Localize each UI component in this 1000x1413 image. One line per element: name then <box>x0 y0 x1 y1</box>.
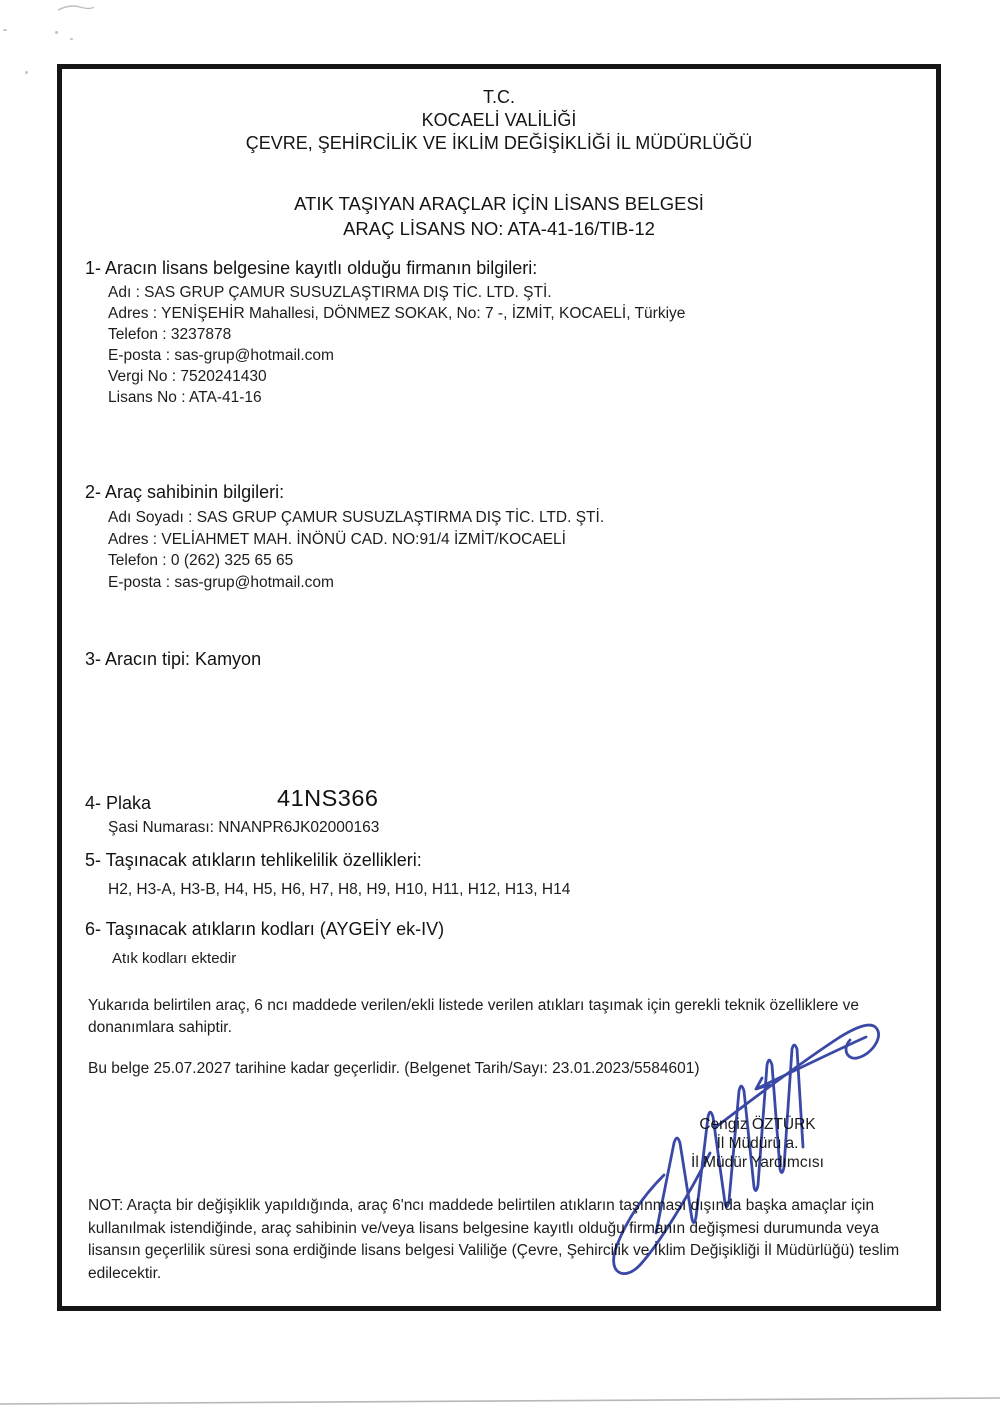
plate-label: 4- Plaka <box>85 793 151 813</box>
scan-smudge-mark <box>56 2 96 14</box>
signer-title-1: İl Müdürü a. <box>640 1134 875 1153</box>
signer-block: Cengiz ÖZTÜRK İl Müdürü a. İl Müdür Yard… <box>640 1115 875 1172</box>
owner-address-field: Adres : VELİAHMET MAH. İNÖNÜ CAD. NO:91/… <box>108 529 604 551</box>
owner-phone-field: Telefon : 0 (262) 325 65 65 <box>108 550 604 572</box>
technical-statement: Yukarıda belirtilen araç, 6 ncı maddede … <box>88 995 910 1038</box>
owner-email-field: E-posta : sas-grup@hotmail.com <box>108 572 604 594</box>
section-5-heading: 5- Taşınacak atıkların tehlikelilik özel… <box>85 849 422 871</box>
waste-codes-note: Atık kodları ektedir <box>112 948 236 969</box>
scanned-license-document: T.C. KOCAELİ VALİLİĞİ ÇEVRE, ŞEHİRCİLİK … <box>0 0 1000 1413</box>
company-license-no-field: Lisans No : ATA-41-16 <box>108 387 685 408</box>
company-name-field: Adı : SAS GRUP ÇAMUR SUSUZLAŞTIRMA DIŞ T… <box>108 282 685 303</box>
section-4-row: 4- Plaka 41NS366 <box>85 792 151 814</box>
signer-name: Cengiz ÖZTÜRK <box>640 1115 875 1134</box>
letterhead-tc: T.C. <box>62 86 936 109</box>
letterhead: T.C. KOCAELİ VALİLİĞİ ÇEVRE, ŞEHİRCİLİK … <box>62 86 936 241</box>
owner-fields: Adı Soyadı : SAS GRUP ÇAMUR SUSUZLAŞTIRM… <box>108 507 604 593</box>
owner-name-field: Adı Soyadı : SAS GRUP ÇAMUR SUSUZLAŞTIRM… <box>108 507 604 529</box>
document-title-block: ATIK TAŞIYAN ARAÇLAR İÇİN LİSANS BELGESİ… <box>62 191 936 241</box>
company-email-field: E-posta : sas-grup@hotmail.com <box>108 345 685 366</box>
section-3-heading: 3- Aracın tipi: Kamyon <box>85 648 261 670</box>
scan-edge-line <box>0 1392 1000 1408</box>
company-fields: Adı : SAS GRUP ÇAMUR SUSUZLAŞTIRMA DIŞ T… <box>108 282 685 408</box>
section-2-heading: 2- Araç sahibinin bilgileri: <box>85 481 284 503</box>
scan-speck <box>3 29 7 31</box>
signer-title-2: İl Müdür Yardımcısı <box>640 1153 875 1172</box>
hazard-codes-line: H2, H3-A, H3-B, H4, H5, H6, H7, H8, H9, … <box>108 879 570 900</box>
footnote: NOT: Araçta bir değişiklik yapıldığında,… <box>88 1195 918 1285</box>
document-border-frame: T.C. KOCAELİ VALİLİĞİ ÇEVRE, ŞEHİRCİLİK … <box>57 64 941 1311</box>
company-phone-field: Telefon : 3237878 <box>108 324 685 345</box>
scan-speck <box>70 38 73 40</box>
company-tax-no-field: Vergi No : 7520241430 <box>108 366 685 387</box>
letterhead-directorate: ÇEVRE, ŞEHİRCİLİK VE İKLİM DEĞİŞİKLİĞİ İ… <box>62 132 936 155</box>
chassis-number-line: Şasi Numarası: NNANPR6JK02000163 <box>108 817 379 838</box>
section-6-heading: 6- Taşınacak atıkların kodları (AYGEİY e… <box>85 918 444 940</box>
letterhead-governorship: KOCAELİ VALİLİĞİ <box>62 109 936 132</box>
plate-number: 41NS366 <box>277 787 379 809</box>
section-1-heading: 1- Aracın lisans belgesine kayıtlı olduğ… <box>85 257 537 279</box>
scan-speck <box>55 31 58 34</box>
company-address-field: Adres : YENİŞEHİR Mahallesi, DÖNMEZ SOKA… <box>108 303 685 324</box>
document-title: ATIK TAŞIYAN ARAÇLAR İÇİN LİSANS BELGESİ <box>62 191 936 216</box>
validity-statement: Bu belge 25.07.2027 tarihine kadar geçer… <box>88 1058 848 1080</box>
scan-speck <box>25 71 28 74</box>
vehicle-license-number-line: ARAÇ LİSANS NO: ATA-41-16/TIB-12 <box>62 216 936 241</box>
